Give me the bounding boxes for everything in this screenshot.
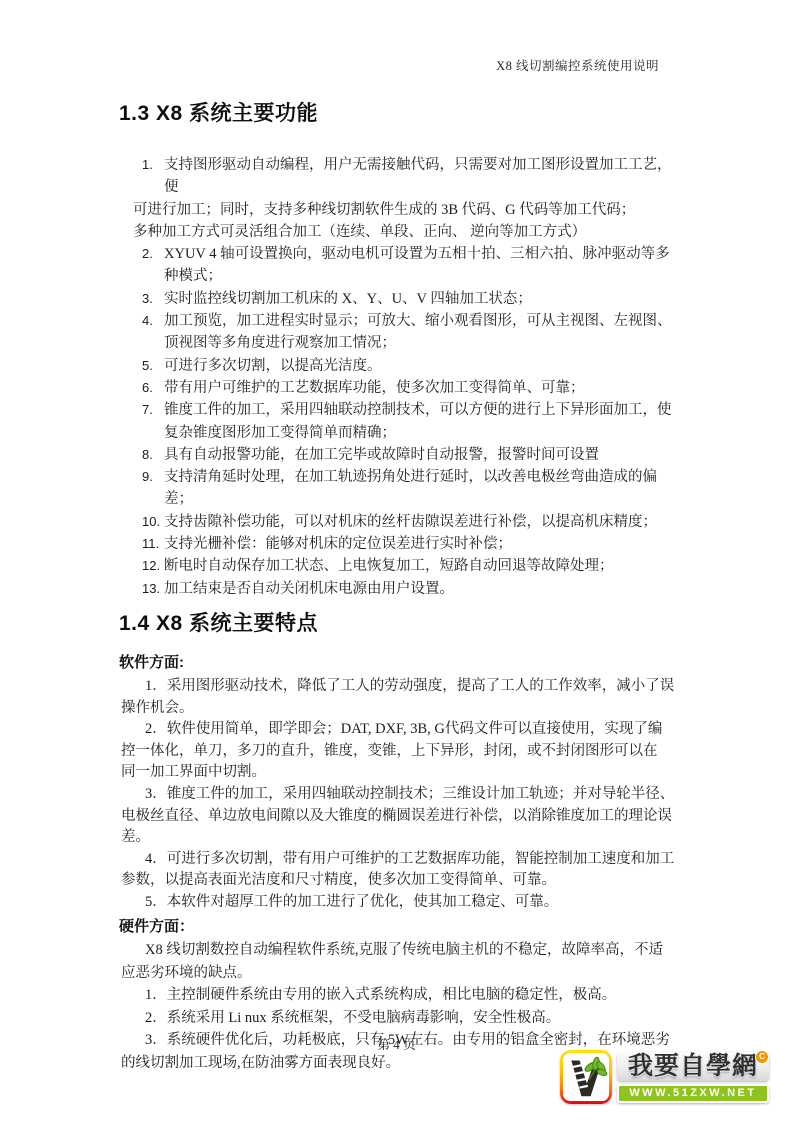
logo-icon xyxy=(560,1050,612,1104)
feature-item-number: 3. xyxy=(142,288,164,310)
feature-item-text: 锥度工件的加工，采用四轴联动控制技术，可以方便的进行上下异形面加工，使复杂锥度图… xyxy=(164,399,676,444)
feature-item: 12.断电时自动保存加工状态、上电恢复加工，短路自动回退等故障处理； xyxy=(142,555,676,577)
feature-item-text: 加工结束是否自动关闭机床电源由用户设置。 xyxy=(164,578,676,600)
feature-item-number: 4. xyxy=(142,310,164,355)
software-item: 4．可进行多次切割，带有用户可维护的工艺数据库功能，智能控制加工速度和加工参数，… xyxy=(121,849,676,892)
feature-item-text: 断电时自动保存加工状态、上电恢复加工，短路自动回退等故障处理； xyxy=(164,555,676,577)
feature-list: 1.支持图形驱动自动编程，用户无需接触代码，只需要对加工图形设置加工工艺，便可进… xyxy=(142,154,676,600)
feature-item-continuation: 多种加工方式可灵活组合加工（连续、单段、正向、 逆向等加工方式） xyxy=(133,221,676,243)
feature-item-text: 支持光栅补偿：能够对机床的定位误差进行实时补偿； xyxy=(164,533,676,555)
feature-item-number: 1. xyxy=(142,154,164,199)
feature-item-number: 11. xyxy=(142,533,164,555)
page-content: 1.3 X8 系统主要功能 1.支持图形驱动自动编程，用户无需接触代码，只需要对… xyxy=(119,100,676,1075)
logo-url-text: WWW.51ZXW.NET xyxy=(617,1084,769,1103)
feature-item-text: 加工预览，加工进程实时显示；可放大、缩小观看图形，可从主视图、左视图、顶视图等多… xyxy=(164,310,676,355)
feature-item-text: 可进行多次切割，以提高光洁度。 xyxy=(164,355,676,377)
hardware-heading: 硬件方面： xyxy=(119,916,676,938)
feature-item-number: 6. xyxy=(142,377,164,399)
feature-item-number: 7. xyxy=(142,399,164,444)
hardware-item: 1．主控制硬件系统由专用的嵌入式系统构成，相比电脑的稳定性，极高。 xyxy=(121,984,676,1007)
page-header-text: X8 线切割编控系统使用说明 xyxy=(496,56,659,74)
software-item: 3．锥度工件的加工，采用四轴联动控制技术；三维设计加工轨迹；并对导轮半径、电极丝… xyxy=(121,784,676,849)
feature-item-number: 12. xyxy=(142,555,164,577)
feature-item-text: 实时监控线切割加工机床的 X、Y、U、V 四轴加工状态； xyxy=(164,288,676,310)
software-heading: 软件方面: xyxy=(119,652,676,674)
document-page: X8 线切割编控系统使用说明 1.3 X8 系统主要功能 1.支持图形驱动自动编… xyxy=(0,0,793,1122)
feature-item-continuation: 可进行加工；同时，支持多种线切割软件生成的 3B 代码、G 代码等加工代码； xyxy=(133,199,676,221)
feature-item: 7.锥度工件的加工，采用四轴联动控制技术，可以方便的进行上下异形面加工，使复杂锥… xyxy=(142,399,676,444)
feature-item-text: 带有用户可维护的工艺数据库功能，使多次加工变得简单、可靠； xyxy=(164,377,676,399)
feature-item-number: 10. xyxy=(142,511,164,533)
feature-item: 1.支持图形驱动自动编程，用户无需接触代码，只需要对加工图形设置加工工艺，便 xyxy=(142,154,676,199)
51zxw-watermark-logo: 我要自學網 C WWW.51ZXW.NET xyxy=(560,1046,774,1108)
software-item: 5．本软件对超厚工件的加工进行了优化，使其加工稳定、可靠。 xyxy=(121,892,676,914)
feature-item-number: 13. xyxy=(142,578,164,600)
feature-item-text: 支持清角延时处理，在加工轨迹拐角处进行延时，以改善电极丝弯曲造成的偏差； xyxy=(164,466,676,511)
software-list: 1．采用图形驱动技术，降低了工人的劳动强度，提高了工人的工作效率，减小了误操作机… xyxy=(119,676,676,914)
feature-item-text: 具有自动报警功能，在加工完毕或故障时自动报警，报警时间可设置 xyxy=(164,444,676,466)
logo-badge-icon: C xyxy=(755,1050,769,1064)
feature-item-text: 支持齿隙补偿功能，可以对机床的丝杆齿隙误差进行补偿，以提高机床精度； xyxy=(164,511,676,533)
logo-text-block: 我要自學網 C WWW.51ZXW.NET xyxy=(617,1052,769,1103)
feature-item-text: 支持图形驱动自动编程，用户无需接触代码，只需要对加工图形设置加工工艺，便 xyxy=(164,154,676,199)
feature-item: 5.可进行多次切割，以提高光洁度。 xyxy=(142,355,676,377)
feature-item: 6.带有用户可维护的工艺数据库功能，使多次加工变得简单、可靠； xyxy=(142,377,676,399)
feature-item-number: 2. xyxy=(142,243,164,288)
logo-brand-text: 我要自學網 xyxy=(617,1052,769,1081)
ladder-leaf-icon xyxy=(563,1053,609,1101)
feature-item-number: 5. xyxy=(142,355,164,377)
feature-item-number: 9. xyxy=(142,466,164,511)
software-item: 1．采用图形驱动技术，降低了工人的劳动强度，提高了工人的工作效率，减小了误操作机… xyxy=(121,676,676,719)
feature-item-number: 8. xyxy=(142,444,164,466)
hardware-intro: X8 线切割数控自动编程软件系统,克服了传统电脑主机的不稳定，故障率高，不适应恶… xyxy=(121,939,676,984)
hardware-item: 2．系统采用 Li nux 系统框架，不受电脑病毒影响，安全性极高。 xyxy=(121,1007,676,1030)
software-item: 2．软件使用简单，即学即会；DAT, DXF, 3B, G代码文件可以直接使用，… xyxy=(121,719,676,784)
feature-item: 3.实时监控线切割加工机床的 X、Y、U、V 四轴加工状态； xyxy=(142,288,676,310)
feature-item: 9.支持清角延时处理，在加工轨迹拐角处进行延时，以改善电极丝弯曲造成的偏差； xyxy=(142,466,676,511)
feature-item: 4.加工预览，加工进程实时显示；可放大、缩小观看图形，可从主视图、左视图、顶视图… xyxy=(142,310,676,355)
section-1-3-title: 1.3 X8 系统主要功能 xyxy=(119,100,676,128)
feature-item: 13.加工结束是否自动关闭机床电源由用户设置。 xyxy=(142,578,676,600)
feature-item: 10.支持齿隙补偿功能，可以对机床的丝杆齿隙误差进行补偿，以提高机床精度； xyxy=(142,511,676,533)
section-1-4-title: 1.4 X8 系统主要特点 xyxy=(119,610,676,638)
feature-item: 11.支持光栅补偿：能够对机床的定位误差进行实时补偿； xyxy=(142,533,676,555)
feature-item: 2.XYUV 4 轴可设置换向，驱动电机可设置为五相十拍、三相六拍、脉冲驱动等多… xyxy=(142,243,676,288)
feature-item-text: XYUV 4 轴可设置换向，驱动电机可设置为五相十拍、三相六拍、脉冲驱动等多种模… xyxy=(164,243,676,288)
feature-item: 8.具有自动报警功能，在加工完毕或故障时自动报警，报警时间可设置 xyxy=(142,444,676,466)
